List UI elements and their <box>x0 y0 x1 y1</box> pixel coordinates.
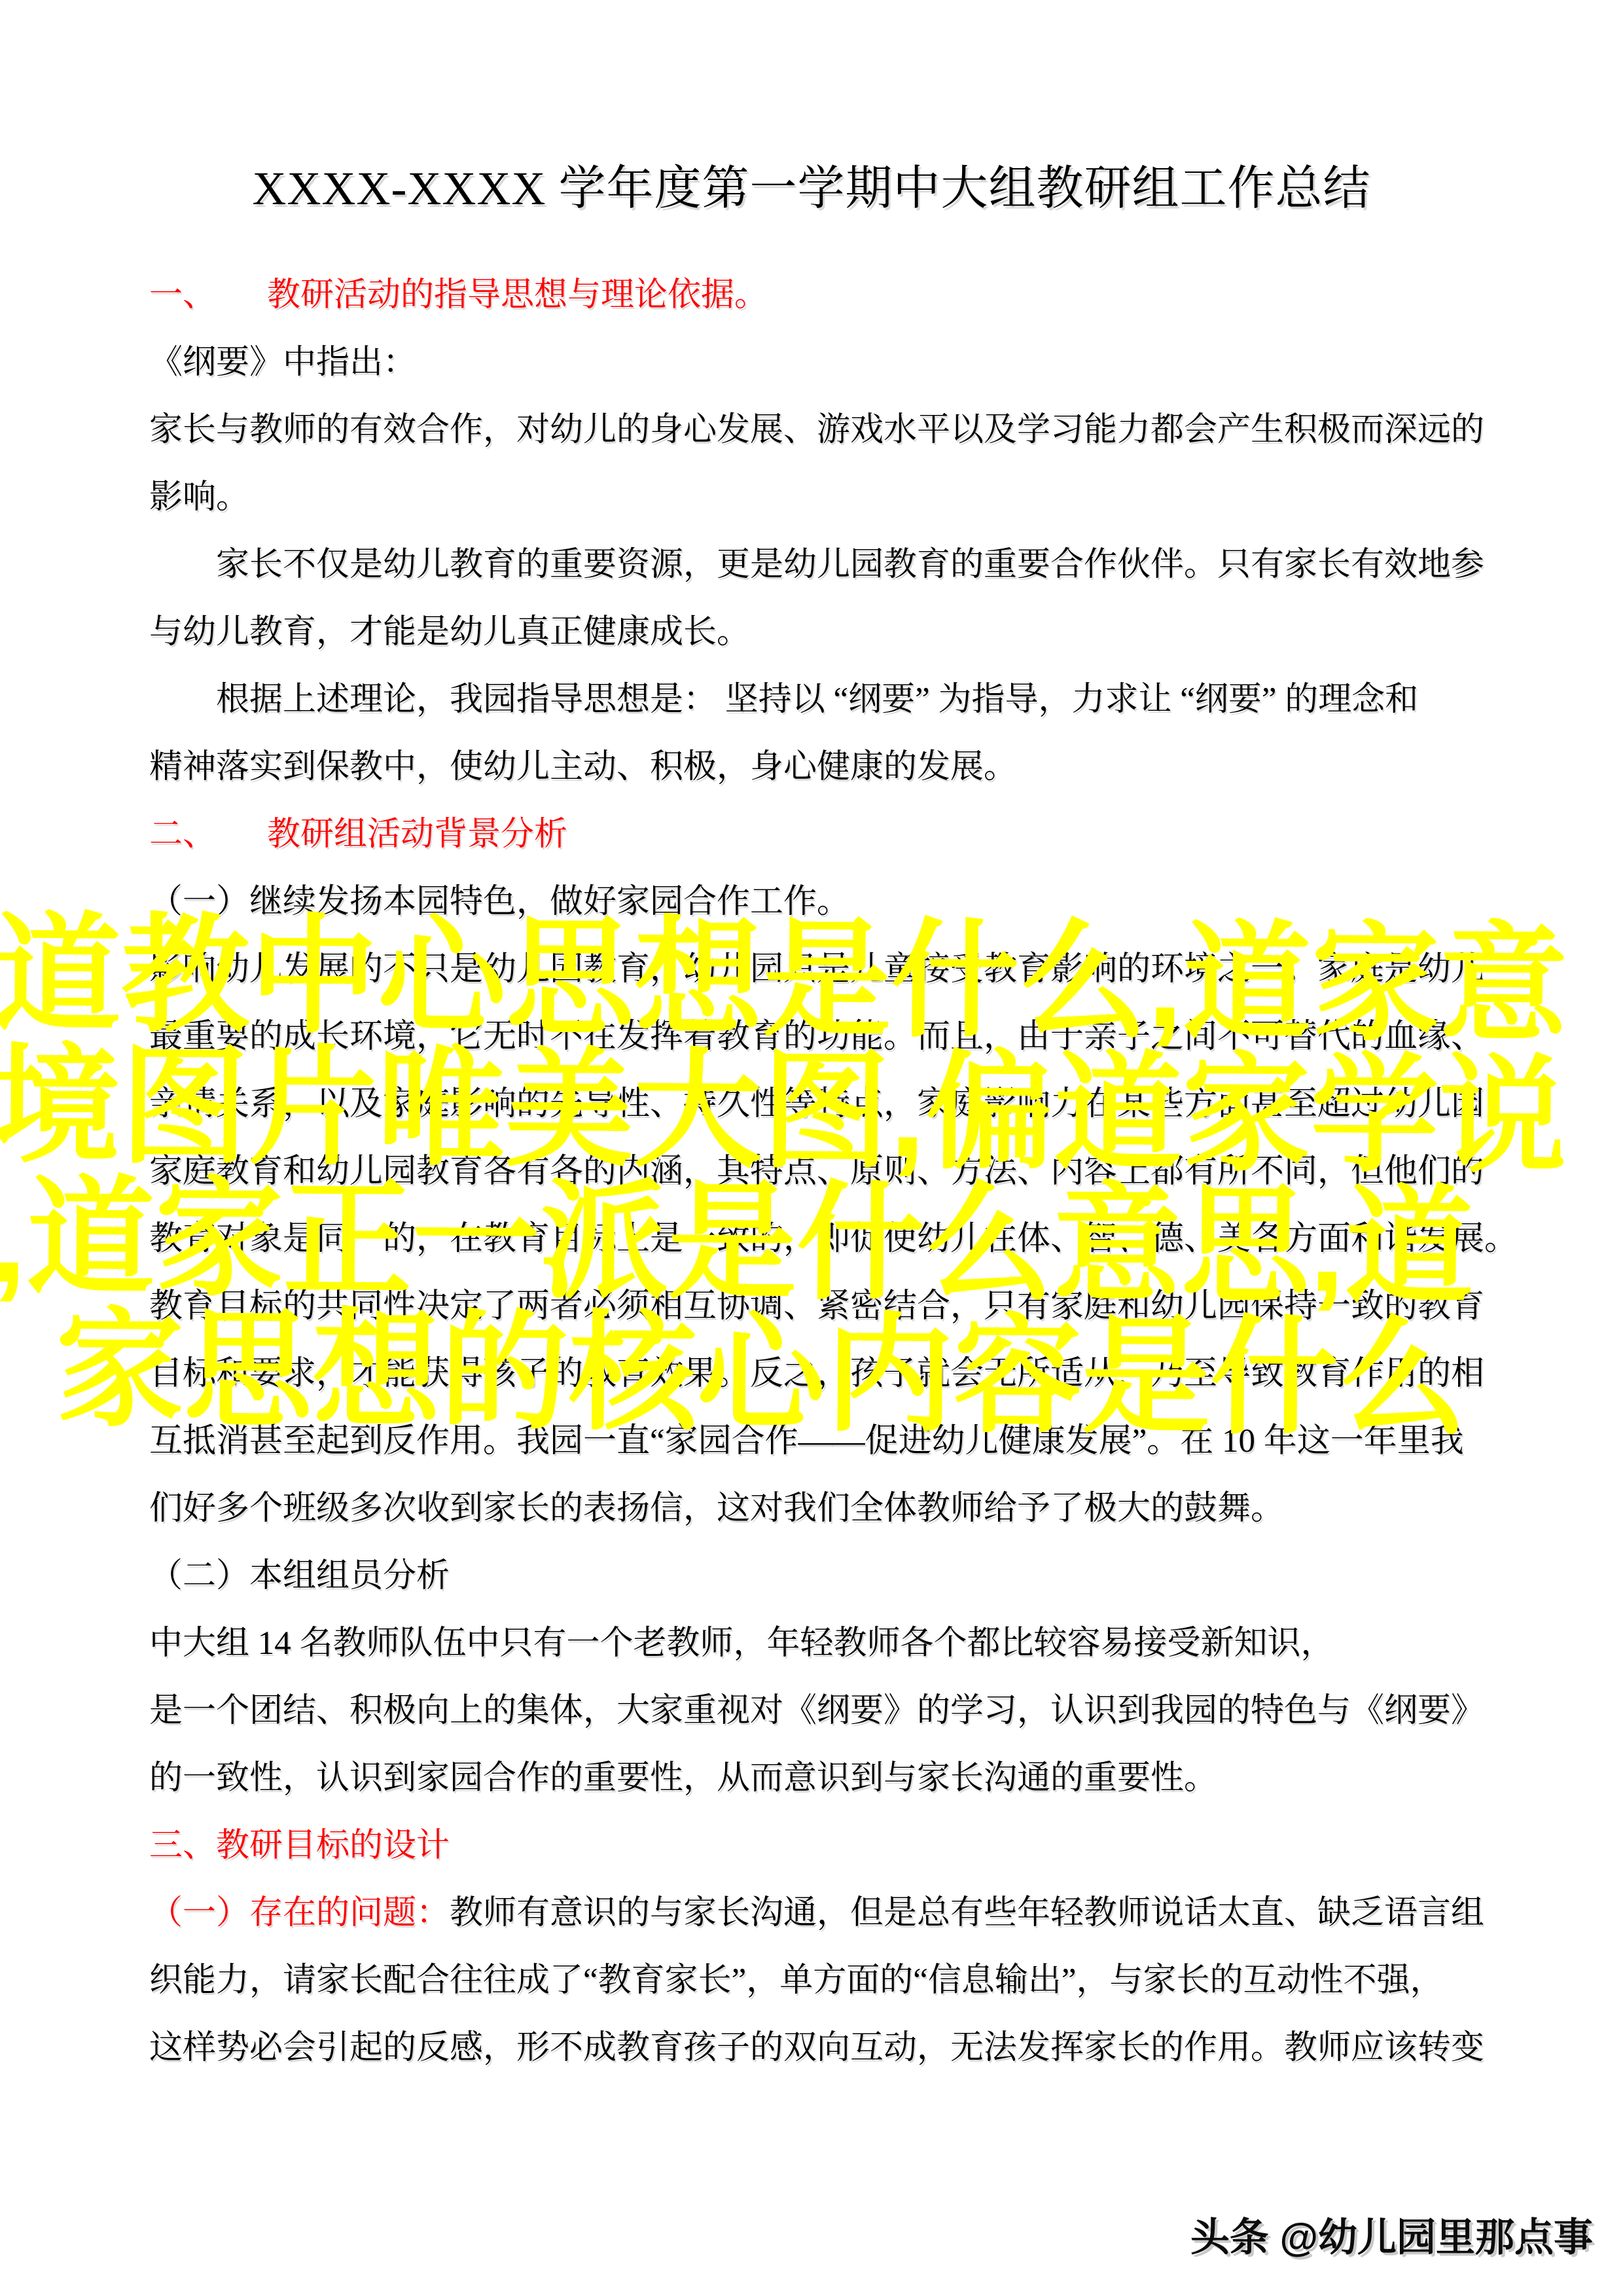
heading-label: （一）存在的问题： <box>149 1895 450 1931</box>
doc-line: 根据上述理论，我园指导思想是： 坚持以 “纲要” 为指导，力求让 “纲要” 的理… <box>149 666 1497 734</box>
doc-line: 与幼儿教育，才能是幼儿真正健康成长。 <box>149 599 1497 666</box>
heading-text: 教研活动的指导思想与理论依据。 <box>267 277 768 314</box>
heading-number: 一、 <box>149 277 216 314</box>
section-heading-1: 一、教研活动的指导思想与理论依据。 <box>149 262 1497 329</box>
subsection-heading-problems: （一）存在的问题：教师有意识的与家长沟通，但是总有些年轻教师说话太直、缺乏语言组 <box>149 1880 1497 1947</box>
heading-text: 教研组活动背景分析 <box>267 816 567 853</box>
doc-line: 精神落实到保教中，使幼儿主动、积极，身心健康的发展。 <box>149 734 1497 801</box>
doc-line: 家庭教育和幼儿园教育各有各的内涵，其特点、原则、方法、内容上都有所不同，但他们的 <box>149 1138 1497 1206</box>
doc-line: 教育对象是同一的，在教育目标上是一致的，即促使幼儿在体、智、德、美各方面和谐发展… <box>149 1206 1497 1273</box>
subsection-heading: （二）本组组员分析 <box>149 1543 1497 1610</box>
doc-line: 家长与教师的有效合作，对幼儿的身心发展、游戏水平以及学习能力都会产生积极而深远的 <box>149 397 1497 464</box>
section-heading-2: 二、教研组活动背景分析 <box>149 801 1497 869</box>
doc-line: 是一个团结、积极向上的集体，大家重视对《纲要》的学习，认识到我园的特色与《纲要》 <box>149 1677 1497 1745</box>
section-heading-3: 三、教研目标的设计 <box>149 1812 1497 1880</box>
doc-line-text: 教师有意识的与家长沟通，但是总有些年轻教师说话太直、缺乏语言组 <box>450 1895 1484 1931</box>
doc-line: 目标和要求，才能获得孩子的教育效果。反之，孩子就会无所适从，乃至导致教育作用的相 <box>149 1340 1497 1408</box>
doc-line: 织能力，请家长配合往往成了“教育家长”，单方面的“信息输出”，与家长的互动性不强… <box>149 1947 1497 2015</box>
document-body: 一、教研活动的指导思想与理论依据。 《纲要》中指出： 家长与教师的有效合作，对幼… <box>149 262 1497 2082</box>
subsection-heading: （一）继续发扬本园特色，做好家园合作工作。 <box>149 869 1497 936</box>
toutiao-credit-watermark: 头条 @幼儿园里那点事 <box>1190 2214 1593 2262</box>
doc-line: 们好多个班级多次收到家长的表扬信，这对我们全体教师给予了极大的鼓舞。 <box>149 1475 1497 1543</box>
doc-line: 《纲要》中指出： <box>149 329 1497 397</box>
document-page: XXXX-XXXX 学年度第一学期中大组教研组工作总结 一、教研活动的指导思想与… <box>0 0 1623 2296</box>
doc-line: 家长不仅是幼儿教育的重要资源，更是幼儿园教育的重要合作伙伴。只有家长有效地参 <box>149 531 1497 599</box>
doc-line: 的一致性，认识到家园合作的重要性，从而意识到与家长沟通的重要性。 <box>149 1745 1497 1812</box>
doc-line: 影响幼儿发展的不只是幼儿园教育，幼儿园只是儿童接受教育影响的环境之一。家庭是幼儿 <box>149 936 1497 1003</box>
doc-line: 最重要的成长环境，它无时不在发挥着教育的功能。而且，由于亲子之间不可替代的血缘、 <box>149 1003 1497 1071</box>
doc-line: 教育目标的共同性决定了两者必须相互协调、紧密结合，只有家庭和幼儿园保持一致的教育 <box>149 1273 1497 1340</box>
document-title: XXXX-XXXX 学年度第一学期中大组教研组工作总结 <box>0 156 1623 221</box>
doc-line: 亲情关系，以及家庭影响的先导性、持久性等特点，家庭影响力在某些方面甚至超过幼儿园 <box>149 1071 1497 1138</box>
doc-line: 中大组 14 名教师队伍中只有一个老教师，年轻教师各个都比较容易接受新知识， <box>149 1610 1497 1677</box>
doc-line: 互抵消甚至起到反作用。我园一直“家园合作——促进幼儿健康发展”。在 10 年这一… <box>149 1408 1497 1475</box>
doc-line: 这样势必会引起的反感，形不成教育孩子的双向互动，无法发挥家长的作用。教师应该转变 <box>149 2015 1497 2082</box>
heading-number: 二、 <box>149 816 216 853</box>
doc-line: 影响。 <box>149 464 1497 531</box>
